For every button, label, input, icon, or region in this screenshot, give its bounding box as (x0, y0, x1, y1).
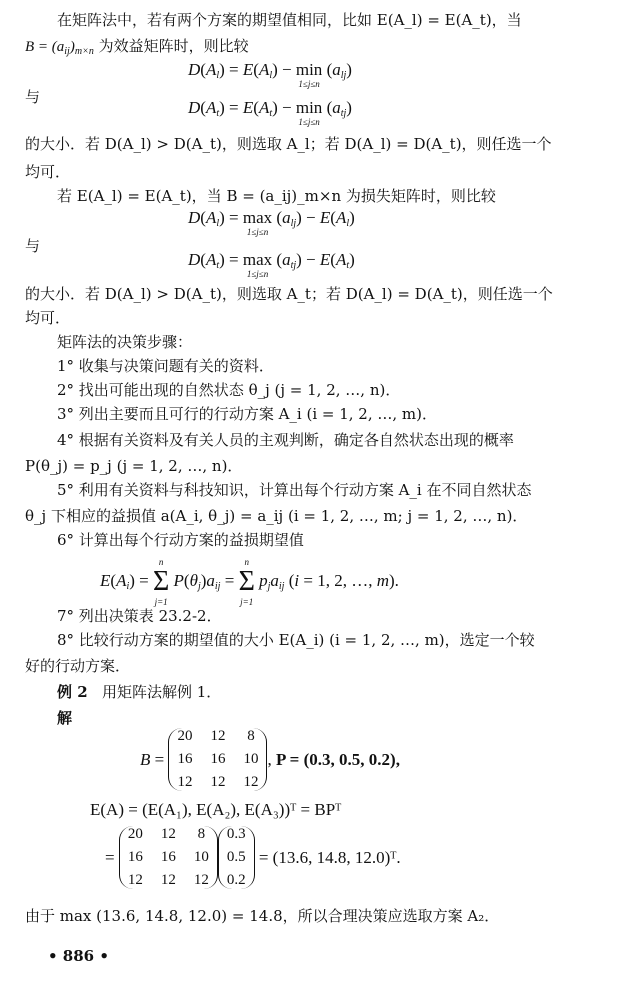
step-5: 5° 利用有关资料与科技知识，计算出每个行动方案 A_i 在不同自然状态 (57, 480, 531, 500)
text-line: 在矩阵法中，若有两个方案的期望值相同，比如 E(A_l) = E(A_t)，当 (57, 10, 522, 30)
example-label: 例 2 (57, 683, 88, 701)
matrix-B-equation: B = 20128 161610 121212 , P = (0.3, 0.5,… (140, 728, 400, 791)
example-text: 用矩阵法解例 1． (102, 683, 221, 701)
step-7: 7° 列出决策表 23.2-2． (57, 606, 222, 626)
solution-label: 解 (57, 708, 72, 728)
step-3: 3° 列出主要而且可行的行动方案 A_i (i = 1, 2, …, m)． (57, 404, 437, 424)
result-vector: = (13.6, 14.8, 12.0)ᵀ. (259, 848, 401, 868)
text-line: 矩阵法的决策步骤： (57, 332, 192, 352)
text: 为效益矩阵时，则比较 (99, 37, 249, 55)
expected-value-equation: E(Ai) = nΣj=1 P(θj)aij = nΣj=1 pjaij (i … (100, 556, 399, 608)
text-line: 若 E(A_l) = E(A_t)，当 B = (a_ij)_m×n 为损失矩阵… (57, 186, 496, 206)
example-heading: 例 2 用矩阵法解例 1． (57, 682, 221, 702)
step-8: 8° 比较行动方案的期望值的大小 E(A_i) (i = 1, 2, …, m)… (57, 630, 535, 650)
text-line: 均可． (25, 162, 70, 182)
step-1: 1° 收集与决策问题有关的资料． (57, 356, 274, 376)
matrix-B: 20128 161610 121212 (168, 728, 267, 791)
page-number: • 886 • (48, 946, 109, 966)
vector-P: P = (0.3, 0.5, 0.2), (276, 750, 400, 770)
text-line: 的大小．若 D(A_l) > D(A_t)，则选取 A_t；若 D(A_l) =… (25, 284, 553, 304)
vector-P-column: 0.30.50.2 (218, 826, 255, 889)
conclusion: 由于 max (13.6, 14.8, 12.0) = 14.8，所以合理决策应… (25, 906, 499, 926)
equation: D(At) = max1≤j≤n (atj) − E(At) (188, 250, 355, 279)
equation: D(Al) = max1≤j≤n (alj) − E(Al) (188, 208, 355, 237)
step-8-cont: 好的行动方案． (25, 656, 130, 676)
text-line: 的大小．若 D(A_l) > D(A_t)，则选取 A_l；若 D(A_l) =… (25, 134, 552, 154)
text-line: 与 (25, 87, 40, 107)
text-line: B = (aij)m×n 为效益矩阵时，则比较 (25, 36, 249, 62)
EA-equation: E(A) = (E(A₁), E(A₂), E(A₃))ᵀ = BPᵀ (90, 800, 341, 820)
step-4: 4° 根据有关资料及有关人员的主观判断，确定各自然状态出现的概率 (57, 430, 514, 450)
step-6: 6° 计算出每个行动方案的益损期望值 (57, 530, 304, 550)
step-2: 2° 找出可能出现的自然状态 θ_j (j = 1, 2, …, n)． (57, 380, 400, 400)
text-line: 均可． (25, 308, 70, 328)
product-equation: = 20128 161610 121212 0.30.50.2 = (13.6,… (105, 826, 401, 889)
matrix-def: B = (aij)m×n (25, 39, 94, 55)
equation: D(Al) = E(Al) − min1≤j≤n (alj) (188, 60, 352, 89)
text-line: 与 (25, 236, 40, 256)
step-4-cont: P(θ_j) = p_j (j = 1, 2, …, n)． (25, 456, 242, 476)
matrix-B-product: 20128 161610 121212 (119, 826, 218, 889)
step-5-cont: θ_j 下相应的益损值 a(A_i, θ_j) = a_ij (i = 1, 2… (25, 506, 527, 526)
equation: D(At) = E(At) − min1≤j≤n (atj) (188, 98, 352, 127)
